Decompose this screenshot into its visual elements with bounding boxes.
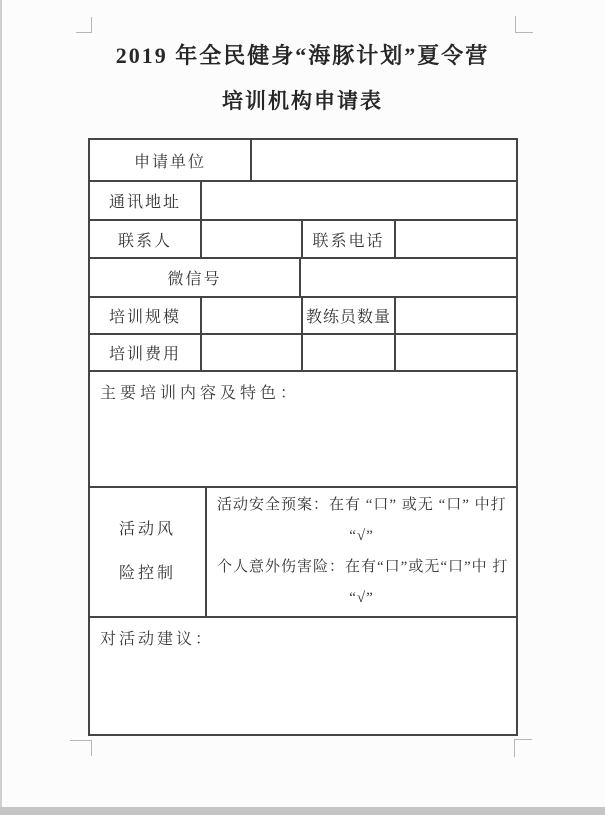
crop-mark-bottom-left-horizontal [70,740,92,741]
risk-control-label: 活动风 险控制 [90,488,205,616]
row-scale: 培训规模 教练员数量 [90,296,516,333]
phone-label: 联系电话 [301,221,394,257]
risk-control-content-cell[interactable]: 活动安全预案：在有 “口” 或无 “口” 中打 “√” 个人意外伤害险：在有“口… [205,488,516,616]
training-content-label: 主要培训内容及特色： [100,385,300,402]
risk-control-label-line1: 活动风 [119,515,176,545]
applicant-value-cell[interactable] [250,140,516,180]
address-value-cell[interactable] [200,182,516,219]
risk-control-label-line2: 险控制 [119,559,176,589]
contact-label: 联系人 [90,221,200,257]
crop-mark-top-left-vertical [91,17,92,33]
page-bottom-edge [0,807,605,815]
crop-mark-bottom-right-horizontal [514,739,532,740]
crop-mark-top-left-horizontal [76,32,92,33]
row-suggestion: 对活动建议： [90,616,516,734]
coach-count-label: 教练员数量 [301,298,394,333]
risk-accident-insurance-checkmark: “√” [213,583,510,614]
fee-value-cell-2[interactable] [301,335,394,370]
suggestion-label: 对活动建议： [100,631,214,648]
crop-mark-bottom-right-vertical [514,739,515,757]
crop-mark-top-right-horizontal [515,32,533,33]
applicant-label: 申请单位 [90,140,250,180]
row-applicant: 申请单位 [90,140,516,180]
row-training-content: 主要培训内容及特色： [90,370,516,486]
crop-mark-bottom-left-vertical [91,740,92,756]
application-form-table: 申请单位 通讯地址 联系人 联系电话 微信号 培训规模 教练员数量 培训费用 主… [88,138,518,736]
training-content-cell[interactable]: 主要培训内容及特色： [90,372,516,486]
fee-value-cell-1[interactable] [200,335,301,370]
crop-mark-top-right-vertical [515,16,516,33]
document-title-line1: 2019 年全民健身“海豚计划”夏令营 [0,44,605,68]
row-wechat: 微信号 [90,257,516,296]
document-page: { "document": { "title_line1": "2019 年全民… [0,0,605,815]
contact-value-cell[interactable] [200,221,301,257]
fee-value-cell-3[interactable] [394,335,516,370]
wechat-value-cell[interactable] [299,259,516,296]
row-fee: 培训费用 [90,333,516,370]
suggestion-cell[interactable]: 对活动建议： [90,618,516,734]
document-title-line2: 培训机构申请表 [0,89,605,113]
page-left-edge [0,0,2,807]
row-contact: 联系人 联系电话 [90,219,516,257]
row-address: 通讯地址 [90,180,516,219]
coach-count-value-cell[interactable] [394,298,516,333]
phone-value-cell[interactable] [394,221,516,257]
risk-safety-plan-checkmark: “√” [213,521,510,552]
scale-value-cell[interactable] [200,298,301,333]
address-label: 通讯地址 [90,182,200,219]
scale-label: 培训规模 [90,298,200,333]
fee-label: 培训费用 [90,335,200,370]
wechat-label: 微信号 [90,259,299,296]
risk-accident-insurance-text: 个人意外伤害险：在有“口”或无“口”中 打 [213,552,510,583]
row-risk-control: 活动风 险控制 活动安全预案：在有 “口” 或无 “口” 中打 “√” 个人意外… [90,486,516,616]
risk-safety-plan-text: 活动安全预案：在有 “口” 或无 “口” 中打 [213,490,510,521]
